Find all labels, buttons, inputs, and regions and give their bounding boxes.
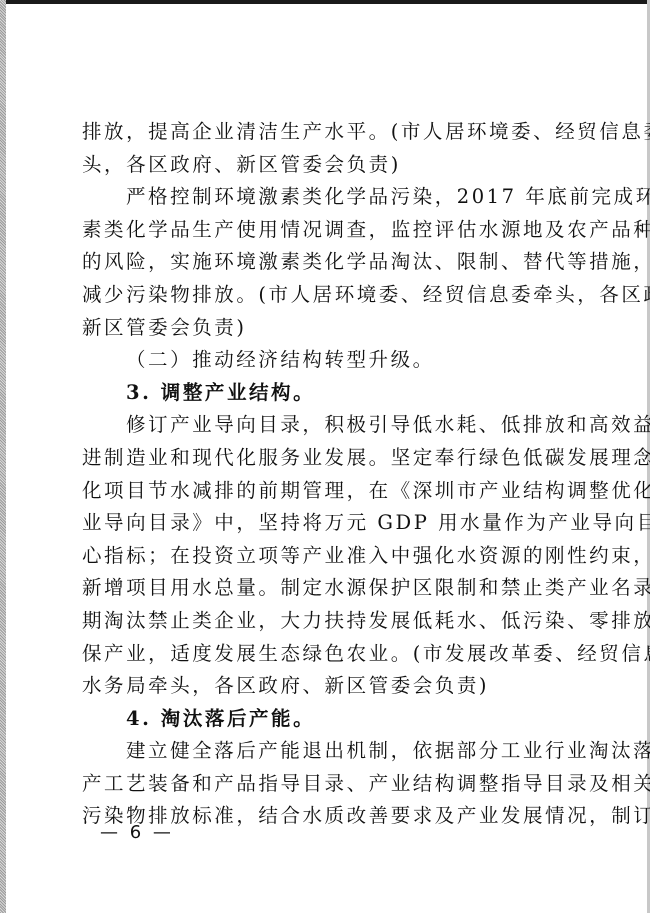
text-line: 修订产业导向目录，积极引导低水耗、低排放和高效益的先 [82,409,572,442]
text-line: 减少污染物排放。(市人居环境委、经贸信息委牵头，各区政府、 [82,279,572,312]
text-line: 业导向目录》中，坚持将万元 GDP 用水量作为产业导向目录的核 [82,507,572,540]
page-number: — 6 — [100,822,174,843]
text-line: 新区管委会负责) [82,312,572,345]
text-line: 产工艺装备和产品指导目录、产业结构调整指导目录及相关行业 [82,768,572,801]
text-line: 保产业，适度发展生态绿色农业。(市发展改革委、经贸信息委、 [82,638,572,671]
text-line: 进制造业和现代化服务业发展。坚定奉行绿色低碳发展理念，强 [82,442,572,475]
text-line: 期淘汰禁止类企业，大力扶持发展低耗水、低污染、零排放的环 [82,605,572,638]
text-line: 排放，提高企业清洁生产水平。(市人居环境委、经贸信息委牵 [82,116,572,149]
text-line: 严格控制环境激素类化学品污染，2017 年底前完成环境激 [82,181,572,214]
scan-top-edge [6,0,650,4]
scan-left-edge [0,0,6,913]
text-line: 头，各区政府、新区管委会负责) [82,149,572,182]
text-line: 新增项目用水总量。制定水源保护区限制和禁止类产业名录，限 [82,572,572,605]
text-line: 的风险，实施环境激素类化学品淘汰、限制、替代等措施，不断 [82,246,572,279]
section-heading: 3. 调整产业结构。 [82,377,572,410]
text-line: （二）推动经济结构转型升级。 [82,344,572,377]
text-line: 素类化学品生产使用情况调查，监控评估水源地及农产品种植区 [82,214,572,247]
text-line: 建立健全落后产能退出机制，依据部分工业行业淘汰落后生 [82,735,572,768]
section-heading: 4. 淘汰落后产能。 [82,703,572,736]
document-body: 排放，提高企业清洁生产水平。(市人居环境委、经贸信息委牵头，各区政府、新区管委会… [82,116,572,833]
text-line: 化项目节水减排的前期管理，在《深圳市产业结构调整优化和产 [82,475,572,508]
text-line: 水务局牵头，各区政府、新区管委会负责) [82,670,572,703]
text-line: 心指标；在投资立项等产业准入中强化水资源的刚性约束，控制 [82,540,572,573]
